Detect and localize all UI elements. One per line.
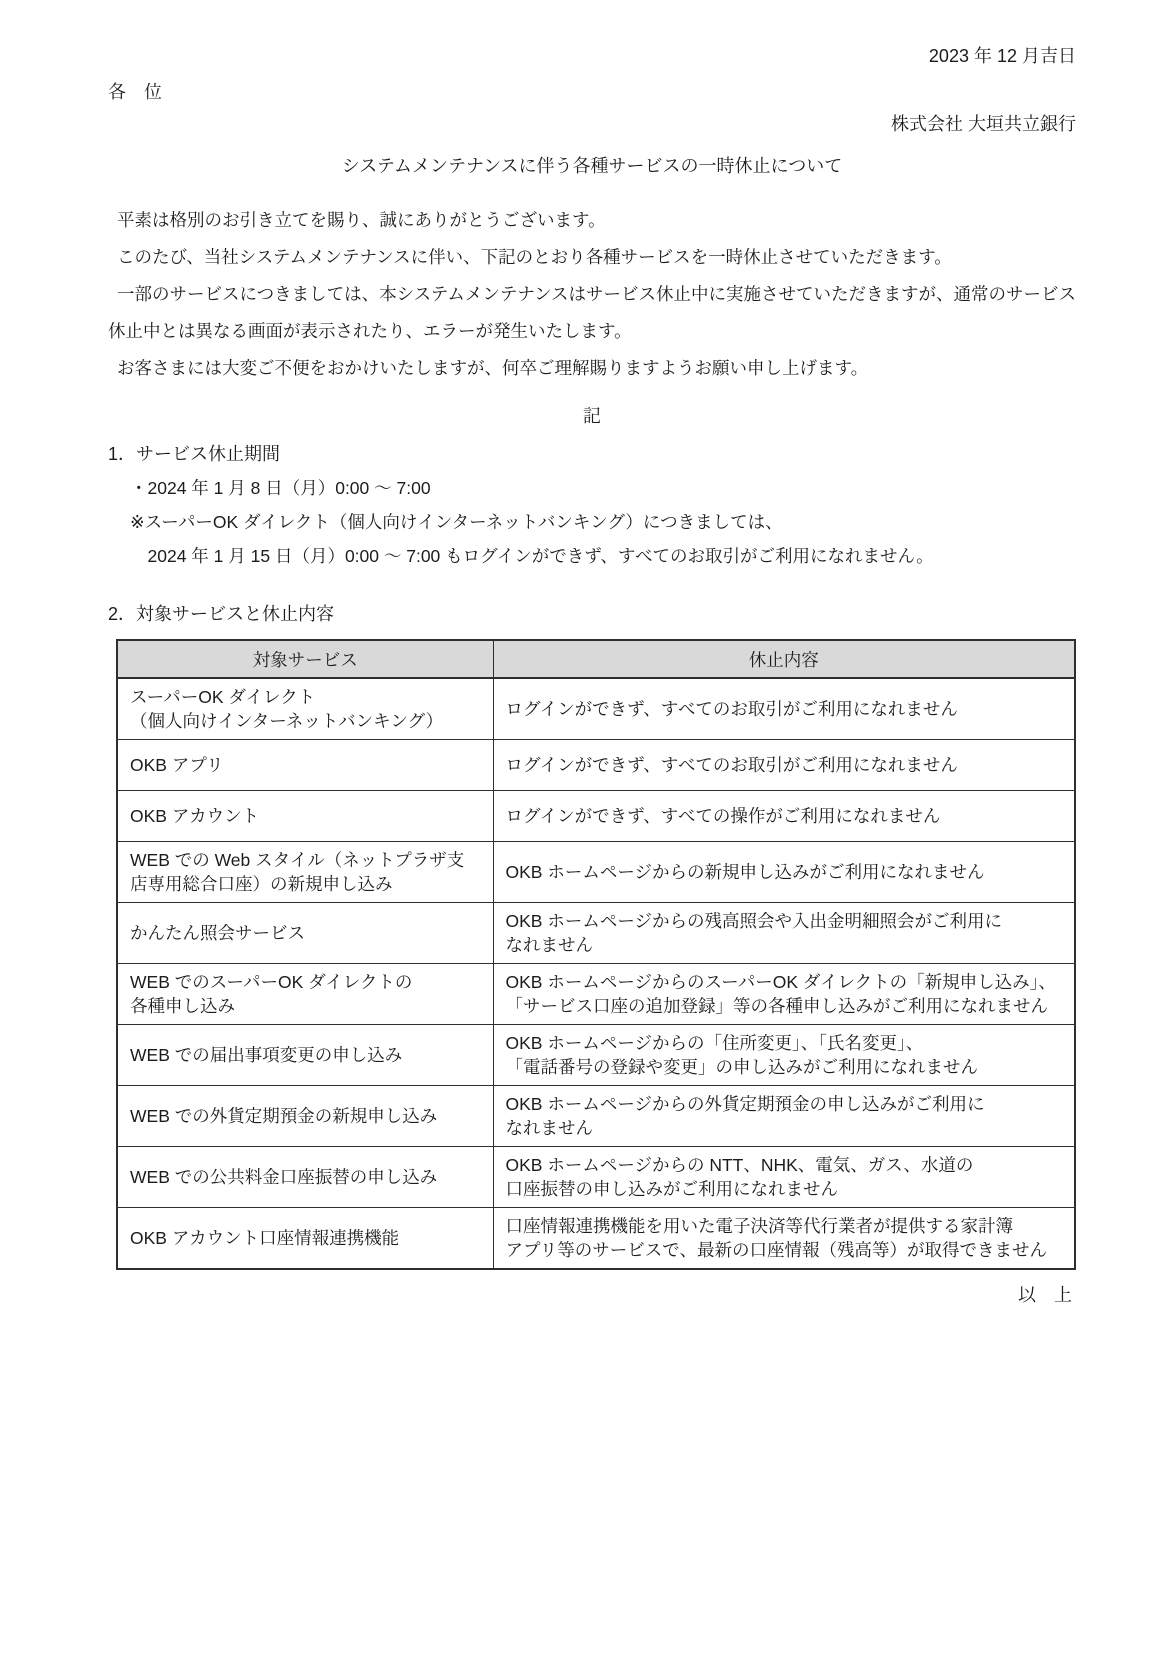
body-paragraphs: 平素は格別のお引き立てを賜り、誠にありがとうございます。このたび、当社システムメ… [108,202,1076,387]
document-date: 2023 年 12 月吉日 [108,44,1076,68]
detail-cell: OKB ホームページからの「住所変更」、「氏名変更」、 「電話番号の登録や変更」… [493,1025,1075,1086]
column-header-detail: 休止内容 [493,640,1075,678]
body-paragraph: 平素は格別のお引き立てを賜り、誠にありがとうございます。 [108,202,1076,239]
schedule-line: 2024 年 1 月 15 日（月）0:00 ～ 7:00 もログインができず、… [130,539,1076,573]
table-row: WEB での外貨定期預金の新規申し込みOKB ホームページからの外貨定期預金の申… [117,1086,1075,1147]
section-suspension-period: 1．サービス休止期間 ・2024 年 1 月 8 日（月）0:00 ～ 7:00… [108,439,1076,573]
service-cell: WEB での Web スタイル（ネットプラザ支 店専用総合口座）の新規申し込み [117,842,493,903]
service-cell: かんたん照会サービス [117,903,493,964]
table-row: スーパーOK ダイレクト （個人向けインターネットバンキング）ログインができず、… [117,678,1075,740]
table-row: かんたん照会サービスOKB ホームページからの残高照会や入出金明細照会がご利用に… [117,903,1075,964]
table-header-row: 対象サービス 休止内容 [117,640,1075,678]
closing-mark: 以 上 [108,1282,1076,1308]
detail-cell: ログインができず、すべての操作がご利用になれません [493,791,1075,842]
body-paragraph: このたび、当社システムメンテナンスに伴い、下記のとおり各種サービスを一時休止させ… [108,239,1076,276]
notice-page: 2023 年 12 月吉日 各 位 株式会社 大垣共立銀行 システムメンテナンス… [0,0,1170,1654]
suspension-schedule-lines: ・2024 年 1 月 8 日（月）0:00 ～ 7:00※スーパーOK ダイレ… [108,471,1076,573]
service-suspension-table: 対象サービス 休止内容 スーパーOK ダイレクト （個人向けインターネットバンキ… [116,639,1076,1270]
service-cell: OKB アカウント口座情報連携機能 [117,1208,493,1270]
table-row: WEB での Web スタイル（ネットプラザ支 店専用総合口座）の新規申し込みO… [117,842,1075,903]
table-row: WEB でのスーパーOK ダイレクトの 各種申し込みOKB ホームページからのス… [117,964,1075,1025]
record-mark: 記 [108,401,1076,431]
detail-cell: 口座情報連携機能を用いた電子決済等代行業者が提供する家計簿 アプリ等のサービスで… [493,1208,1075,1270]
service-cell: OKB アカウント [117,791,493,842]
schedule-line: ・2024 年 1 月 8 日（月）0:00 ～ 7:00 [130,471,1076,505]
detail-cell: OKB ホームページからのスーパーOK ダイレクトの「新規申し込み」、 「サービ… [493,964,1075,1025]
table-row: WEB での届出事項変更の申し込みOKB ホームページからの「住所変更」、「氏名… [117,1025,1075,1086]
detail-cell: OKB ホームページからの外貨定期預金の申し込みがご利用に なれません [493,1086,1075,1147]
document-title: システムメンテナンスに伴う各種サービスの一時休止について [108,154,1076,178]
table-row: OKB アカウント口座情報連携機能口座情報連携機能を用いた電子決済等代行業者が提… [117,1208,1075,1270]
section1-heading: 1．サービス休止期間 [108,439,1076,469]
detail-cell: OKB ホームページからの残高照会や入出金明細照会がご利用に なれません [493,903,1075,964]
service-cell: スーパーOK ダイレクト （個人向けインターネットバンキング） [117,678,493,740]
service-cell: WEB でのスーパーOK ダイレクトの 各種申し込み [117,964,493,1025]
section-target-services: 2．対象サービスと休止内容 対象サービス 休止内容 スーパーOK ダイレクト （… [108,599,1076,1270]
detail-cell: ログインができず、すべてのお取引がご利用になれません [493,678,1075,740]
detail-cell: OKB ホームページからの NTT、NHK、電気、ガス、水道の 口座振替の申し込… [493,1147,1075,1208]
recipient-line: 各 位 [108,80,1076,104]
section2-heading: 2．対象サービスと休止内容 [108,599,1076,629]
service-cell: OKB アプリ [117,740,493,791]
body-paragraph: 一部のサービスにつきましては、本システムメンテナンスはサービス休止中に実施させて… [108,276,1076,350]
detail-cell: OKB ホームページからの新規申し込みがご利用になれません [493,842,1075,903]
detail-cell: ログインができず、すべてのお取引がご利用になれません [493,740,1075,791]
company-name: 株式会社 大垣共立銀行 [108,112,1076,136]
schedule-line: ※スーパーOK ダイレクト（個人向けインターネットバンキング）につきましては、 [130,505,1076,539]
column-header-service: 対象サービス [117,640,493,678]
service-cell: WEB での公共料金口座振替の申し込み [117,1147,493,1208]
table-row: WEB での公共料金口座振替の申し込みOKB ホームページからの NTT、NHK… [117,1147,1075,1208]
body-paragraph: お客さまには大変ご不便をおかけいたしますが、何卒ご理解賜りますようお願い申し上げ… [108,350,1076,387]
service-cell: WEB での外貨定期預金の新規申し込み [117,1086,493,1147]
table-row: OKB アプリログインができず、すべてのお取引がご利用になれません [117,740,1075,791]
service-cell: WEB での届出事項変更の申し込み [117,1025,493,1086]
table-row: OKB アカウントログインができず、すべての操作がご利用になれません [117,791,1075,842]
